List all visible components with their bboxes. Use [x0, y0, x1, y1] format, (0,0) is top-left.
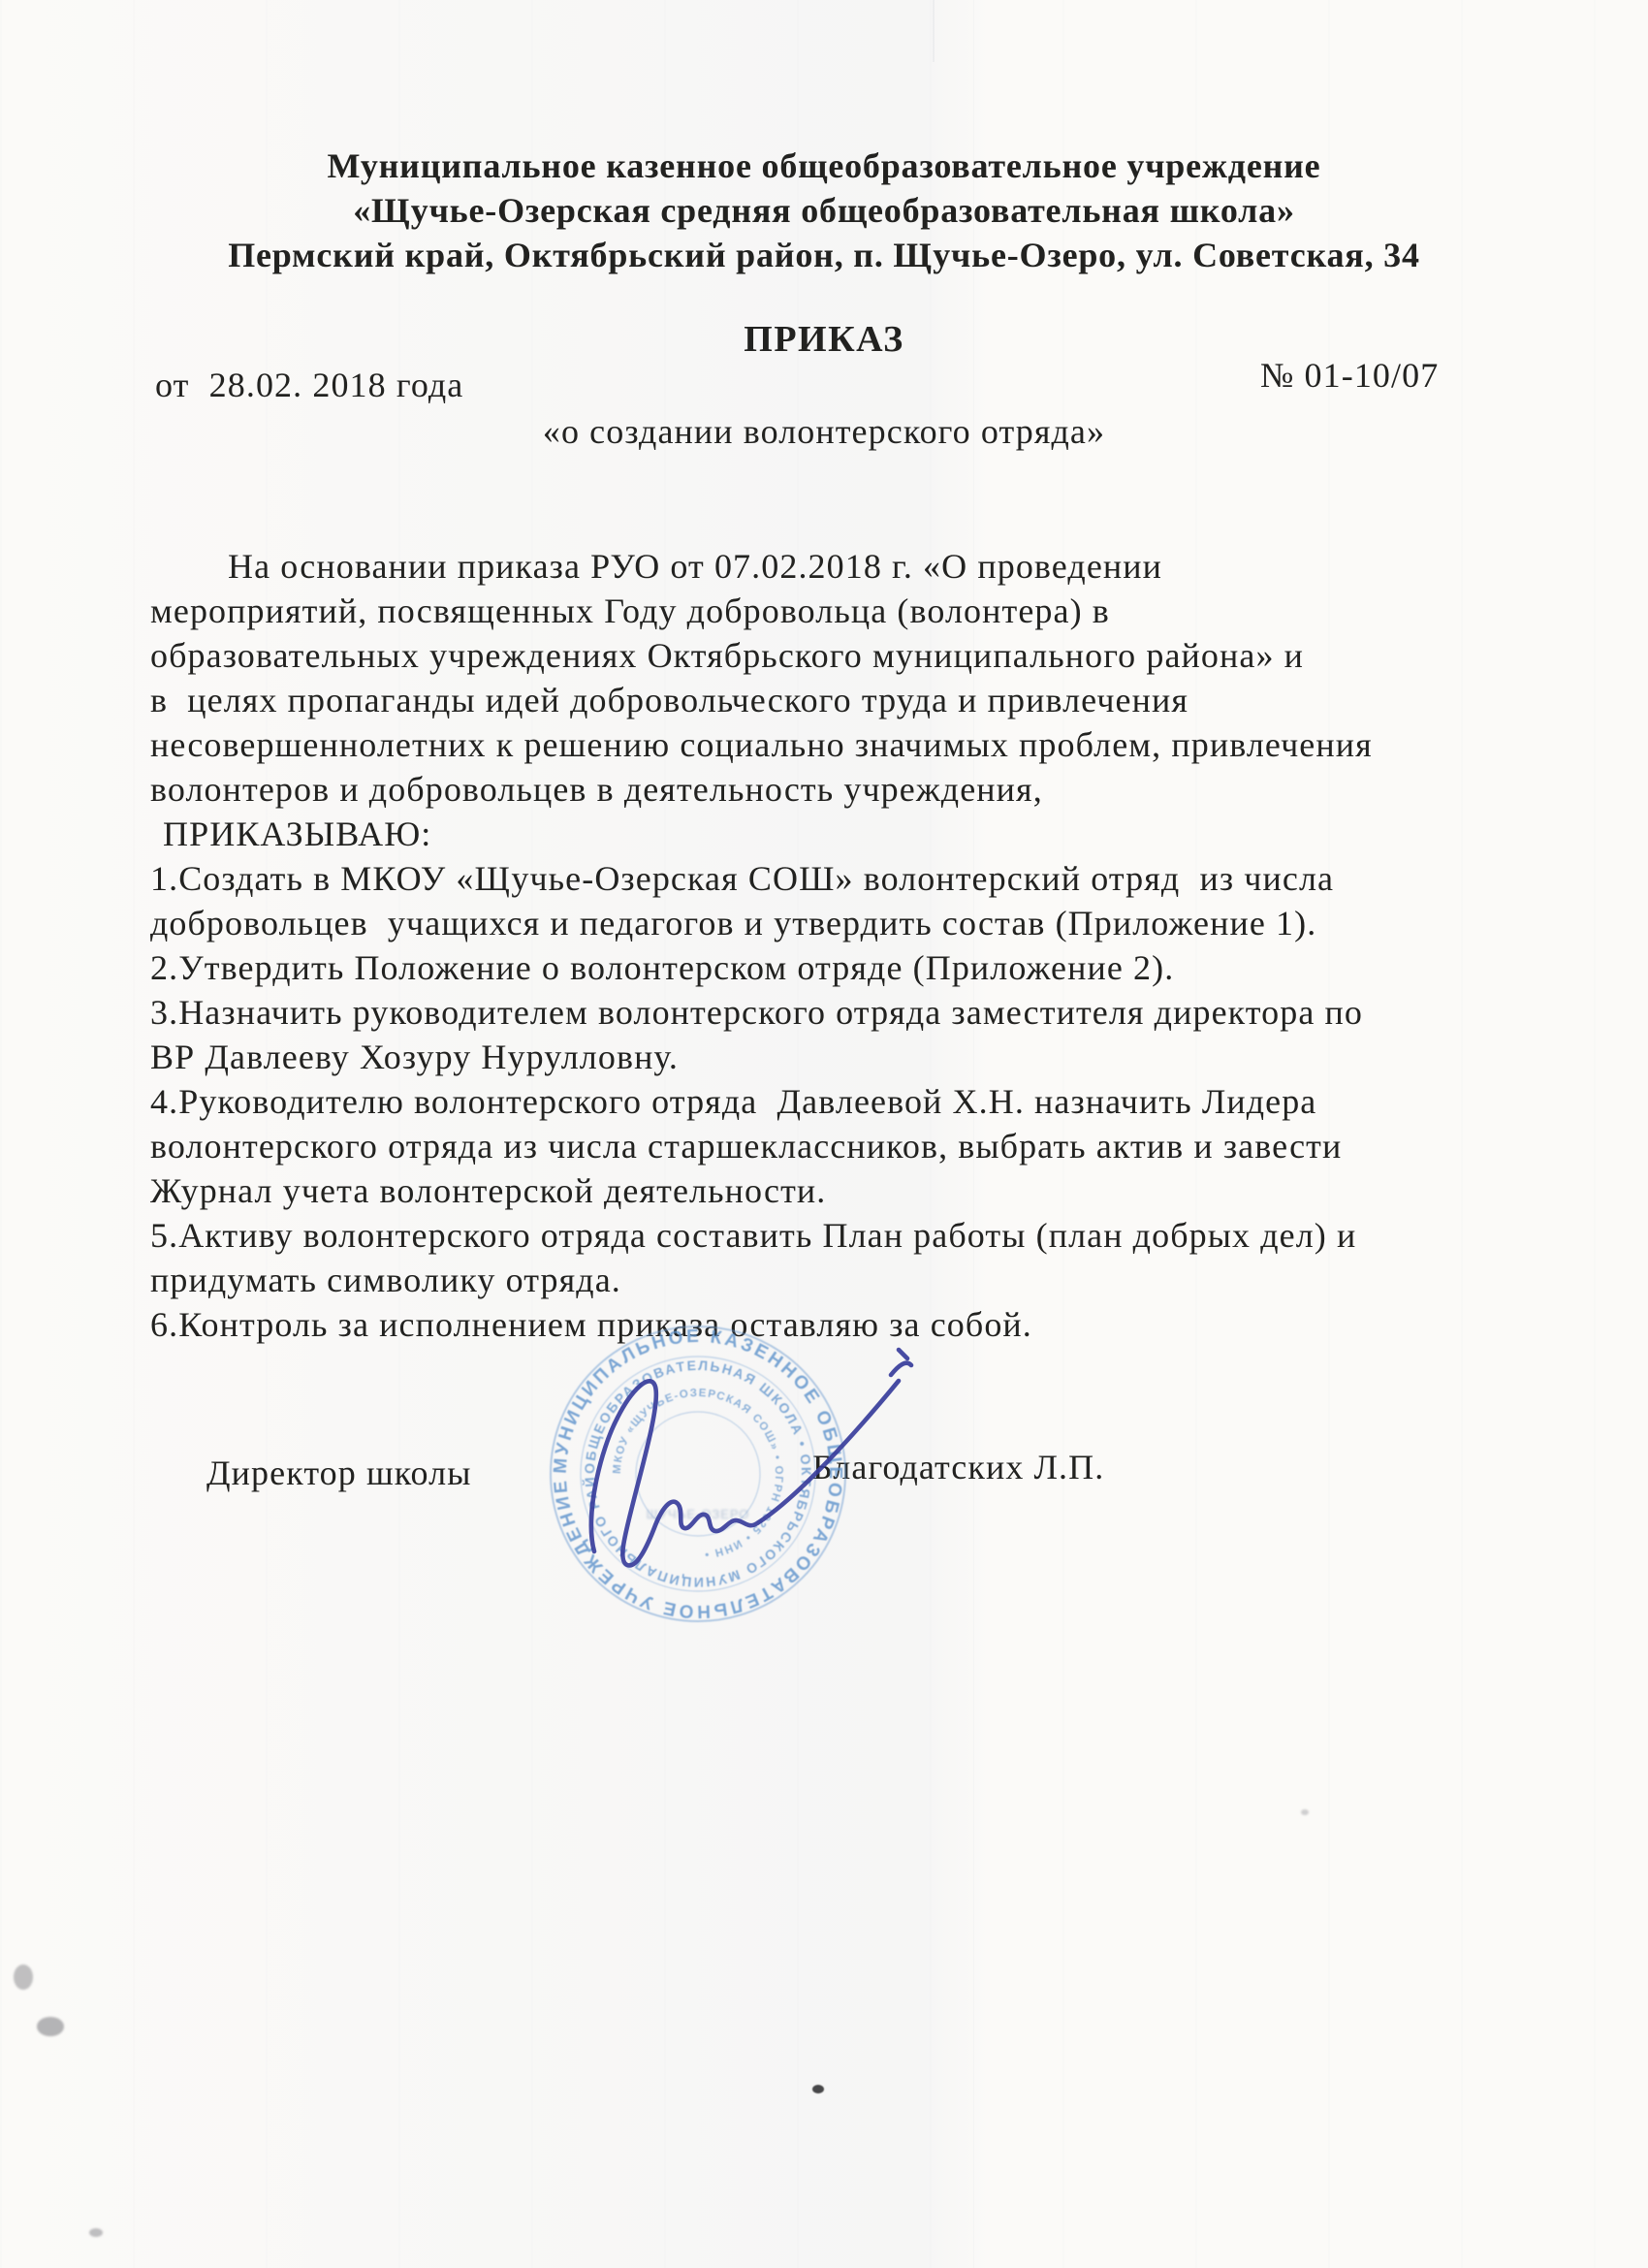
director-label: Директор школы: [206, 1453, 472, 1493]
scan-artifact: [812, 2085, 824, 2093]
signature: [557, 1326, 945, 1617]
body-line: в целях пропаганды идей добровольческого…: [150, 680, 1188, 720]
body-line: придумать символику отряда.: [150, 1260, 621, 1300]
scan-artifact: [89, 2228, 103, 2237]
body-line: 4.Руководителю волонтерского отряда Давл…: [150, 1081, 1316, 1122]
body-line: ВР Давлееву Хозуру Нурулловну.: [150, 1037, 679, 1077]
body-line: ПРИКАЗЫВАЮ:: [163, 814, 431, 854]
letterhead-line-1: Муниципальное казенное общеобразовательн…: [0, 145, 1648, 186]
body-line: 2.Утвердить Положение о волонтерском отр…: [150, 947, 1174, 988]
letterhead-line-3: Пермский край, Октябрьский район, п. Щуч…: [0, 235, 1648, 275]
body-line: 3.Назначить руководителем волонтерского …: [150, 992, 1363, 1033]
body-line: Журнал учета волонтерской деятельности.: [150, 1170, 826, 1211]
body-line: волонтеров и добровольцев в деятельность…: [150, 769, 1043, 810]
body-line: 1.Создать в МКОУ «Щучье-Озерская СОШ» во…: [150, 858, 1334, 899]
scan-artifact: [37, 2017, 64, 2036]
order-date: от 28.02. 2018 года: [155, 365, 463, 405]
scan-artifact: [14, 1965, 33, 1990]
body-line: несовершеннолетних к решению социально з…: [150, 724, 1373, 765]
body-line: На основании приказа РУО от 07.02.2018 г…: [228, 546, 1162, 587]
body-line: волонтерского отряда из числа старшеклас…: [150, 1126, 1342, 1166]
order-subject: «о создании волонтерского отряда»: [0, 411, 1648, 452]
signature-stroke: [557, 1326, 945, 1617]
body-line: мероприятий, посвященных Году добровольц…: [150, 591, 1110, 631]
scan-artifact: [933, 0, 935, 62]
scanned-order-document: Муниципальное казенное общеобразовательн…: [0, 0, 1648, 2268]
body-line: 5.Активу волонтерского отряда составить …: [150, 1215, 1356, 1256]
scan-artifact: [1301, 1809, 1309, 1815]
body-line: образовательных учреждениях Октябрьского…: [150, 635, 1304, 676]
letterhead-line-2: «Щучье-Озерская средняя общеобразователь…: [0, 190, 1648, 231]
body-line: добровольцев учащихся и педагогов и утве…: [150, 903, 1316, 943]
order-number: № 01-10/07: [1260, 355, 1439, 396]
